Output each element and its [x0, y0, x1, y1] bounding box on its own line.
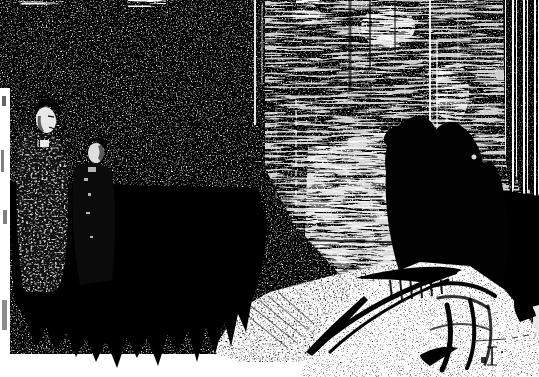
front-man-collar	[40, 140, 49, 147]
top-edge-speck-2	[128, 0, 166, 7]
rear-man-body	[72, 163, 115, 285]
top-edge-speck-1	[18, 0, 64, 5]
slumped-figure-highlight	[472, 155, 477, 160]
top-edge-speck-3	[296, 0, 330, 6]
left-margin-strip	[0, 88, 10, 377]
engraving-illustration	[0, 0, 539, 377]
front-man-coat-flecks	[16, 132, 68, 292]
